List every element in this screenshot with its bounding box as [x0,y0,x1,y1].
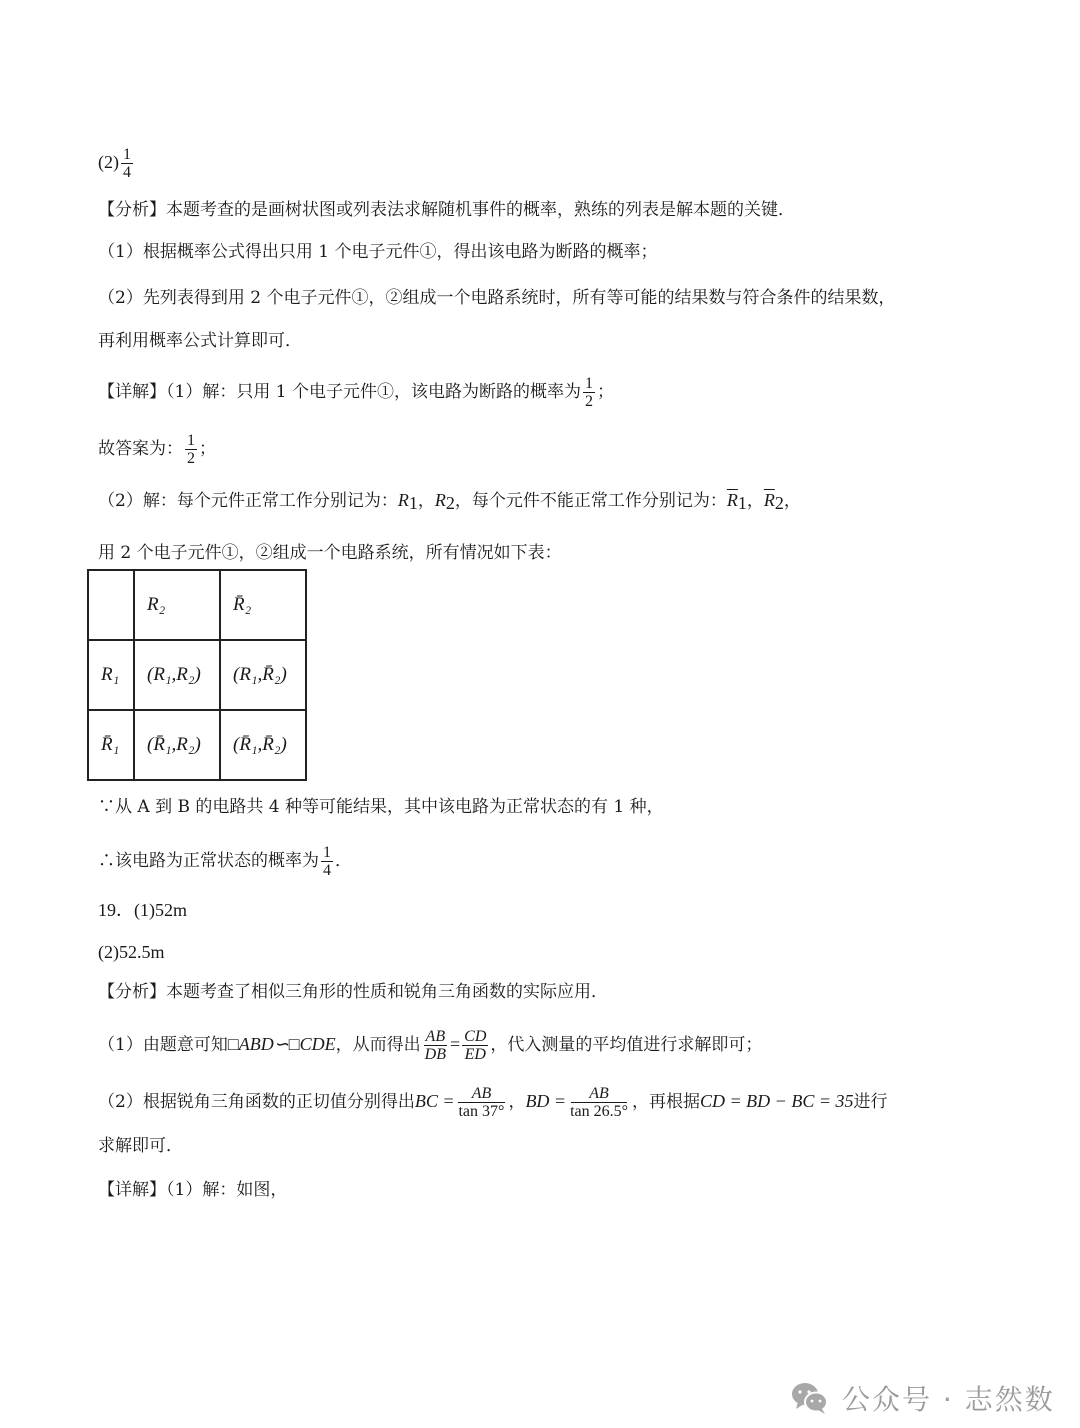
q18-detail-answer: 故答案为：12； [98,432,216,467]
detail-tag: 【详解】 [98,382,166,402]
q18-analysis-p2a: （2）先列表得到用 2 个电子元件①，②组成一个电路系统时，所有等可能的结果数与… [98,286,895,310]
table-row: R₂ R̄₂ [88,570,306,640]
q18-therefore: ∴该电路为正常状态的概率为14． [98,844,352,879]
q19-analysis-p2: （2）根据锐角三角函数的正切值分别得出BC =ABtan 37°，BD =ABt… [98,1085,887,1120]
q19-answer2: (2)52.5m [98,940,165,964]
q19-analysis-p1: （1）由题意可知□ABD∽□CDE，从而得出ABDB=CDED，代入测量的平均值… [98,1028,762,1063]
detail-tag: 【详解】 [98,1180,166,1200]
watermark: 公众号 · 志然数 [790,1378,1055,1418]
analysis-tag: 【分析】 [98,200,166,220]
analysis-tag: 【分析】 [98,982,166,1002]
q18-detail-p1: 【详解】（1）解：只用 1 个电子元件①，该电路为断路的概率为12； [98,375,614,410]
fraction: 14 [321,844,333,879]
q18-analysis-p1: （1）根据概率公式得出只用 1 个电子元件①，得出该电路为断路的概率； [98,240,657,264]
fraction: ABtan 37° [456,1085,506,1120]
fraction: ABtan 26.5° [568,1085,630,1120]
q18-analysis-p2b: 再利用概率公式计算即可． [98,329,302,353]
table-row: R₁ (R₁,R₂) (R₁,R̄₂) [88,640,306,710]
q19-analysis: 【分析】本题考查了相似三角形的性质和锐角三角函数的实际应用． [98,980,608,1004]
fraction: CDED [462,1028,488,1063]
table-row: R̄₁ (R̄₁,R₂) (R̄₁,R̄₂) [88,710,306,780]
fraction: 12 [185,432,197,467]
fraction: ABDB [423,1028,448,1063]
q19-answer1: 19．(1)52m [98,898,187,922]
outcome-table: R₂ R̄₂ R₁ (R₁,R₂) (R₁,R̄₂) R̄₁ (R̄₁,R₂) … [87,569,307,781]
q18-analysis: 【分析】本题考查的是画树状图或列表法求解随机事件的概率，熟练的列表是解本题的关键… [98,198,795,222]
q18-part2-answer: (2)14 [98,146,135,181]
q19-analysis-p2-cont: 求解即可． [98,1134,183,1158]
q19-detail: 【详解】（1）解：如图， [98,1178,287,1202]
q18-detail-p2: （2）解：每个元件正常工作分别记为：R1，R2，每个元件不能正常工作分别记为：R… [98,488,801,515]
fraction: 14 [121,146,133,181]
wechat-icon [790,1381,830,1415]
q18-table-intro: 用 2 个电子元件①，②组成一个电路系统，所有情况如下表： [98,541,562,565]
q18-because: ∵从 A 到 B 的电路共 4 种等可能结果，其中该电路为正常状态的有 1 种， [98,795,664,819]
fraction: 12 [583,375,595,410]
